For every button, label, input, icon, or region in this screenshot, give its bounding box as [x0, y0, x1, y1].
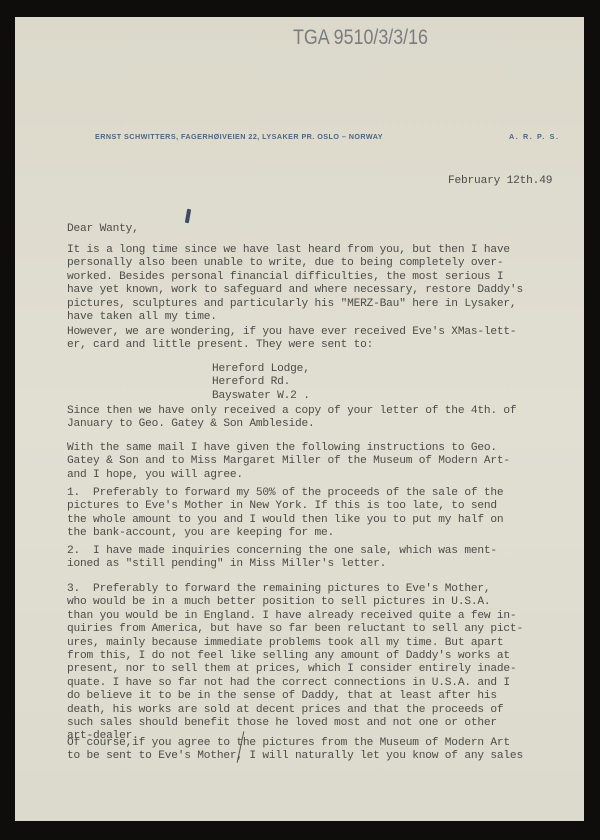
letterhead-address: ERNST SCHWITTERS, FAGERHØIVEIEN 22, LYSA…	[95, 132, 383, 141]
paragraph-item-1: 1. Preferably to forward my 50% of the p…	[67, 487, 503, 541]
salutation: Dear Wanty,	[67, 223, 139, 236]
paragraph-3: Since then we have only received a copy …	[67, 405, 516, 432]
letterhead-initials: A. R. P. S.	[509, 132, 560, 141]
paragraph-item-2: 2. I have made inquiries concerning the …	[67, 545, 497, 572]
paragraph-4: With the same mail I have given the foll…	[67, 442, 510, 482]
paragraph-closing: Of course,if you agree to the pictures f…	[67, 737, 523, 764]
letter-date: February 12th.49	[448, 175, 552, 188]
paragraph-item-3: 3. Preferably to forward the remaining p…	[67, 583, 523, 744]
paragraph-1: It is a long time since we have last hea…	[67, 244, 523, 324]
address-block: Hereford Lodge, Hereford Rd. Bayswater W…	[212, 363, 310, 403]
paragraph-2: However, we are wondering, if you have e…	[67, 326, 516, 353]
archive-reference: TGA 9510/3/3/16	[293, 26, 428, 50]
